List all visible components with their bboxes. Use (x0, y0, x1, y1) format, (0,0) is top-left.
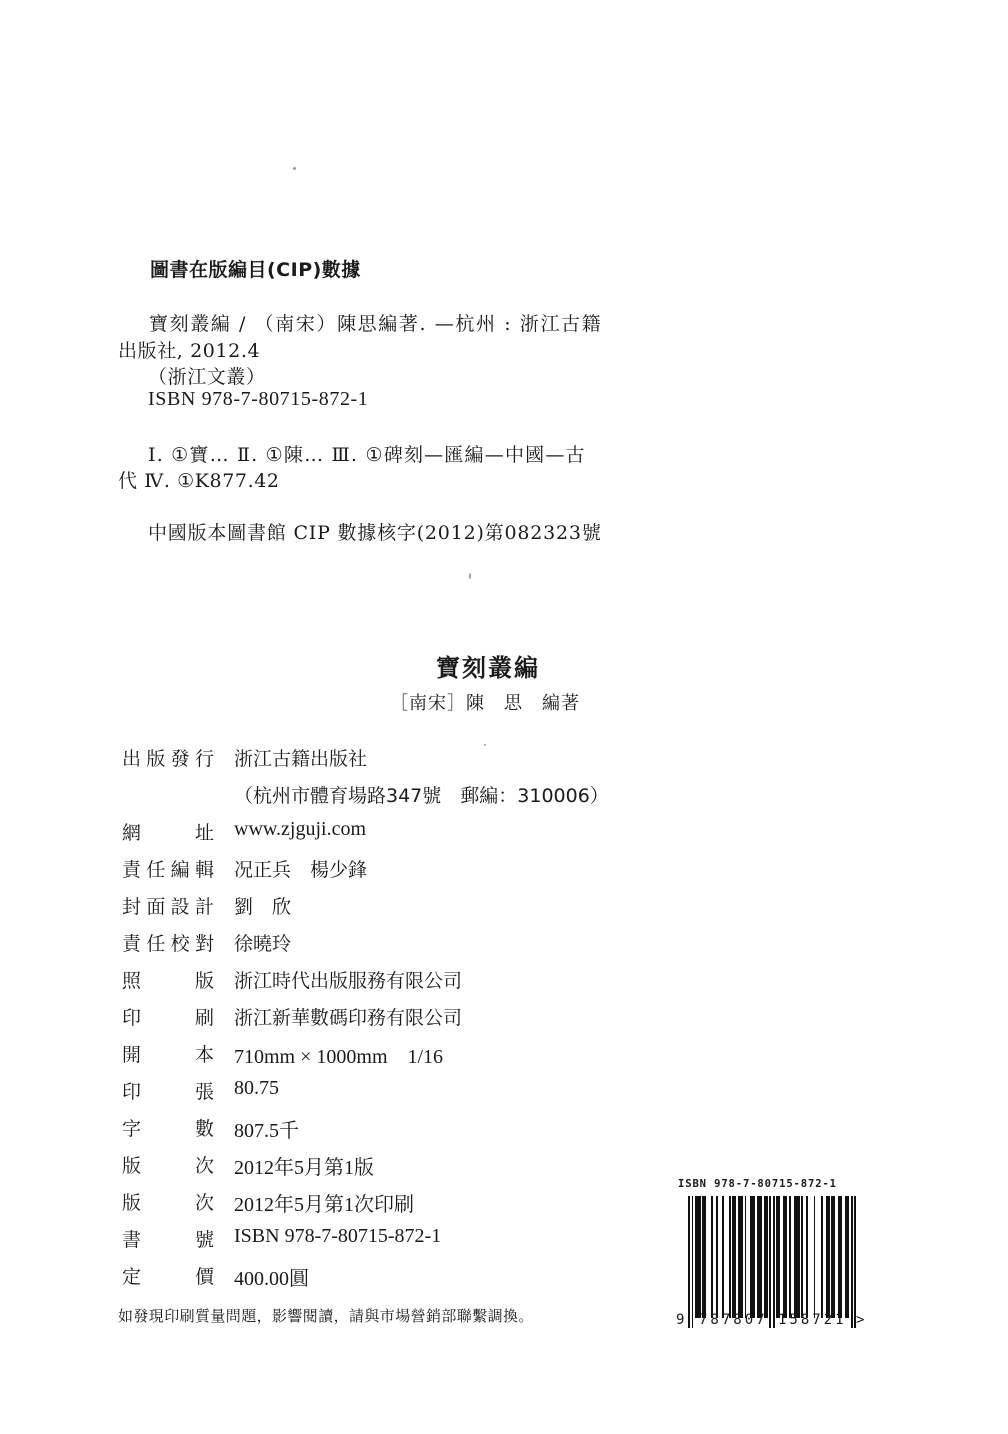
colophon-label-char: 責 (122, 855, 141, 882)
colophon-value: 710mm × 1000mm 1/16 (234, 1040, 443, 1069)
book-author: ［南宋］陳 思 編著 (390, 689, 580, 715)
barcode-bar (734, 1196, 736, 1318)
colophon-value: 浙江古籍出版社 (234, 744, 367, 771)
colophon-label: 印刷 (122, 1003, 214, 1030)
colophon-label-char: 網 (122, 818, 141, 845)
quality-notice: 如發現印刷質量問題，影響閱讀，請與市場營銷部聯繫調換。 (118, 1305, 534, 1326)
barcode-bar (798, 1196, 800, 1318)
isbn-barcode: ISBN 978-7-80715-872-1 9 787807 158721 > (676, 1178, 868, 1338)
colophon-label-char: 次 (195, 1151, 214, 1178)
colophon-value: 2012年5月第1次印刷 (234, 1188, 414, 1217)
barcode-bar (789, 1196, 791, 1318)
colophon-label: 版次 (122, 1188, 214, 1215)
cip-isbn: ISBN 978-7-80715-872-1 (148, 388, 368, 411)
colophon-label: 出版發行 (122, 744, 214, 771)
barcode-bar (753, 1196, 755, 1318)
barcode-bar (769, 1196, 771, 1328)
barcode-bar (688, 1196, 690, 1328)
scan-speck (484, 744, 486, 746)
colophon-label-char: 任 (146, 929, 165, 956)
colophon-label-char: 書 (122, 1225, 141, 1252)
scan-speck (293, 167, 296, 170)
colophon-label: 照版 (122, 966, 214, 993)
colophon-label-char: 出 (122, 744, 141, 771)
colophon-value: （杭州市體育場路347號 郵編：310006） (234, 781, 609, 808)
cip-series: （浙江文叢） (148, 362, 266, 389)
barcode-bar (729, 1196, 731, 1318)
cip-heading: 圖書在版編目(CIP)數據 (150, 255, 361, 282)
barcode-right-digits: 158721 (778, 1312, 847, 1328)
barcode-bar (699, 1196, 701, 1318)
colophon-label-char: 次 (195, 1188, 214, 1215)
barcode-bar (716, 1196, 718, 1318)
colophon-label-char: 址 (195, 818, 214, 845)
colophon-label-char: 印 (122, 1077, 141, 1104)
barcode-bar (761, 1196, 763, 1318)
barcode-bar (722, 1196, 724, 1318)
colophon-label-char: 版 (122, 1188, 141, 1215)
colophon-label: 定價 (122, 1262, 214, 1289)
cip-record-line-2: 出版社, 2012.4 (118, 336, 260, 363)
colophon-label-char: 價 (195, 1262, 214, 1289)
colophon-label: 印張 (122, 1077, 214, 1104)
colophon-label: 字數 (122, 1114, 214, 1141)
colophon-label-char: 數 (195, 1114, 214, 1141)
barcode-bar (704, 1196, 706, 1318)
colophon-value: 徐曉玲 (234, 929, 291, 956)
barcode-bars (688, 1196, 856, 1328)
colophon-value: 劉 欣 (234, 892, 291, 919)
barcode-bar (814, 1196, 816, 1318)
colophon-value: www.zjguji.com (234, 818, 366, 841)
scan-speck (469, 573, 471, 579)
colophon-label-char: 計 (195, 892, 214, 919)
colophon-label-char: 本 (195, 1040, 214, 1067)
barcode-bar (741, 1196, 743, 1318)
colophon-label-char: 照 (122, 966, 141, 993)
barcode-bar (785, 1196, 787, 1318)
barcode-bar (847, 1196, 849, 1318)
colophon-label-char: 對 (195, 929, 214, 956)
colophon-label-char: 設 (171, 892, 190, 919)
colophon-label-char: 版 (146, 744, 165, 771)
barcode-bar (833, 1196, 835, 1318)
colophon-label-char: 字 (122, 1114, 141, 1141)
colophon-label: 責任校對 (122, 929, 214, 956)
colophon-label-char: 面 (146, 892, 165, 919)
colophon-value: 浙江時代出版服務有限公司 (234, 966, 462, 993)
cip-record-line-1: 寶刻叢編 / （南宋）陳思編著. —杭州 : 浙江古籍 (149, 309, 602, 336)
colophon-value: ISBN 978-7-80715-872-1 (234, 1225, 441, 1248)
book-title: 寶刻叢編 (436, 648, 540, 683)
barcode-bar (828, 1196, 830, 1318)
colophon-label: 開本 (122, 1040, 214, 1067)
colophon-label-char: 封 (122, 892, 141, 919)
colophon-value: 400.00圓 (234, 1262, 309, 1291)
cip-subject-line-2: 代 Ⅳ. ①K877.42 (118, 466, 280, 493)
barcode-first-digit: 9 (676, 1312, 687, 1328)
colophon-value: 807.5千 (234, 1114, 299, 1143)
colophon-label-char: 版 (122, 1151, 141, 1178)
colophon-label: 書號 (122, 1225, 214, 1252)
colophon-value: 浙江新華數碼印務有限公司 (234, 1003, 462, 1030)
colophon-label-char: 輯 (195, 855, 214, 882)
colophon-value: 2012年5月第1版 (234, 1151, 374, 1180)
barcode-bar (806, 1196, 808, 1318)
barcode-bar (801, 1196, 803, 1318)
colophon-label-char: 刷 (195, 1003, 214, 1030)
barcode-bar (745, 1196, 747, 1318)
colophon-label-char: 校 (171, 929, 190, 956)
cip-subject-line-1: Ⅰ. ①寶… Ⅱ. ①陳… Ⅲ. ①碑刻—匯編—中國—古 (148, 440, 586, 467)
barcode-bar (766, 1196, 768, 1318)
barcode-bar (840, 1196, 842, 1318)
barcode-bar (821, 1196, 823, 1318)
colophon-label: 封面設計 (122, 892, 214, 919)
barcode-bar (851, 1196, 853, 1328)
colophon-label-char: 張 (195, 1077, 214, 1104)
colophon-label-char: 任 (146, 855, 165, 882)
colophon-label: 責任編輯 (122, 855, 214, 882)
barcode-quiet-zone-mark: > (856, 1312, 867, 1328)
colophon-label-char: 責 (122, 929, 141, 956)
barcode-bar (854, 1196, 856, 1328)
barcode-bar (778, 1196, 780, 1318)
barcode-bar (711, 1196, 713, 1318)
colophon-label-char: 發 (171, 744, 190, 771)
barcode-left-digits: 787807 (699, 1312, 768, 1328)
barcode-bar (773, 1196, 775, 1328)
barcode-isbn-label: ISBN 978-7-80715-872-1 (678, 1178, 837, 1190)
colophon-label-char: 開 (122, 1040, 141, 1067)
colophon-label-char: 版 (195, 966, 214, 993)
colophon-label-char: 定 (122, 1262, 141, 1289)
colophon-label: 網址 (122, 818, 214, 845)
barcode-bar (692, 1196, 694, 1328)
colophon-label-char: 編 (171, 855, 190, 882)
colophon-value: 况正兵 楊少鋒 (234, 855, 367, 882)
cip-verification: 中國版本圖書館 CIP 數據核字(2012)第082323號 (148, 518, 602, 545)
colophon-label-char: 印 (122, 1003, 141, 1030)
colophon-label: 版次 (122, 1151, 214, 1178)
colophon-value: 80.75 (234, 1077, 279, 1100)
colophon-label-char: 行 (195, 744, 214, 771)
colophon-label-char: 號 (195, 1225, 214, 1252)
